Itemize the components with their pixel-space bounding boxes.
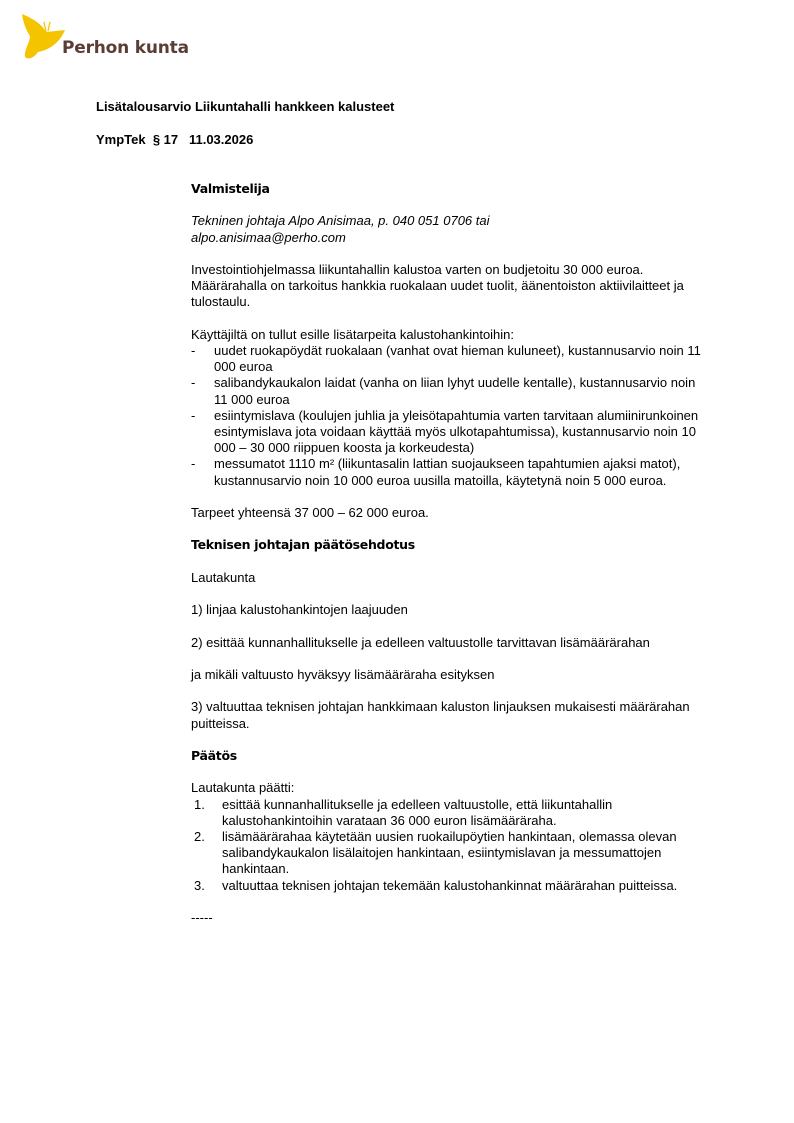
needs-total: Tarpeet yhteensä 37 000 – 62 000 euroa.	[191, 505, 701, 521]
proposal-item-2: 2) esittää kunnanhallitukselle ja edelle…	[191, 635, 701, 651]
needs-list: -uudet ruokapöydät ruokalaan (vanhat ova…	[191, 343, 701, 489]
heading-proposal: Teknisen johtajan päätösehdotus	[191, 537, 701, 553]
needs-intro: Käyttäjiltä on tullut esille lisätarpeit…	[191, 327, 701, 343]
list-item: 2.lisämäärärahaa käytetään uusien ruokai…	[191, 829, 701, 878]
list-item: -esiintymislava (koulujen juhlia ja ylei…	[191, 408, 701, 457]
meeting-reference: YmpTek § 17 11.03.2026	[96, 132, 253, 147]
list-item: -salibandykaukalon laidat (vanha on liia…	[191, 375, 701, 407]
preparer-contact-line1: Tekninen johtaja Alpo Anisimaa, p. 040 0…	[191, 213, 490, 228]
document-body: Valmistelija Tekninen johtaja Alpo Anisi…	[191, 181, 701, 926]
list-item: 3.valtuuttaa teknisen johtajan tekemään …	[191, 878, 701, 894]
heading-valmistelija: Valmistelija	[191, 181, 701, 197]
decision-intro: Lautakunta päätti:	[191, 780, 701, 796]
list-item: 1.esittää kunnanhallitukselle ja edellee…	[191, 797, 701, 829]
municipality-logo: Perhon kunta	[20, 12, 190, 62]
document-title: Lisätalousarvio Liikuntahalli hankkeen k…	[96, 99, 394, 114]
preparer-contact: Tekninen johtaja Alpo Anisimaa, p. 040 0…	[191, 213, 701, 245]
budget-intro: Investointiohjelmassa liikuntahallin kal…	[191, 262, 701, 311]
list-item: -messumatot 1110 m² (liikuntasalin latti…	[191, 456, 701, 488]
heading-decision: Päätös	[191, 748, 701, 764]
proposal-item-3: 3) valtuuttaa teknisen johtajan hankkima…	[191, 699, 701, 731]
end-mark: -----	[191, 910, 701, 926]
preparer-email: alpo.anisimaa@perho.com	[191, 230, 346, 245]
list-item: -uudet ruokapöydät ruokalaan (vanhat ova…	[191, 343, 701, 375]
logo-text: Perhon kunta	[62, 38, 189, 58]
proposal-item-1: 1) linjaa kalustohankintojen laajuuden	[191, 602, 701, 618]
proposal-subject: Lautakunta	[191, 570, 701, 586]
decision-list: 1.esittää kunnanhallitukselle ja edellee…	[191, 797, 701, 894]
proposal-condition: ja mikäli valtuusto hyväksyy lisämäärära…	[191, 667, 701, 683]
